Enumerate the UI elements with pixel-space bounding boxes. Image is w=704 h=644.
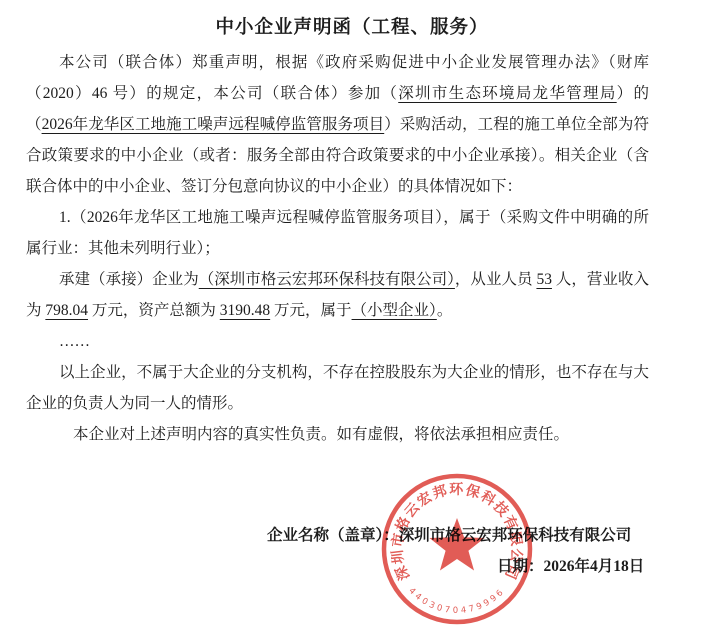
text-run: 承建（承接）企业为 xyxy=(59,271,199,288)
company-seal: 深圳市格云宏邦环保科技有限公司 4403070479996 xyxy=(377,469,537,629)
item-1-paragraph: 1.（2026年龙华区工地施工噪声远程喊停监管服务项目），属于（采购文件中明确的… xyxy=(26,202,649,264)
underlined-value: 3190.48 xyxy=(220,302,270,319)
underlined-value: 深圳市生态环境局龙华管理局 xyxy=(398,85,616,102)
ellipsis-paragraph: …… xyxy=(26,326,649,357)
underlined-value: （小型企业） xyxy=(352,302,437,319)
text-run: …… xyxy=(59,333,90,350)
underlined-value: 2026年龙华区工地施工噪声远程喊停监管服务项目 xyxy=(42,116,385,133)
seal-ring xyxy=(384,476,530,622)
text-run: 以上企业，不属于大企业的分支机构，不存在控股股东为大企业的情形，也不存在与大企业… xyxy=(26,364,649,412)
svg-text:4403070479996: 4403070479996 xyxy=(406,586,507,616)
signature-company-line: 企业名称（盖章）：深圳市格云宏邦环保科技有限公司 xyxy=(267,523,631,545)
text-run: 。 xyxy=(437,302,453,319)
no-large-enterprise-paragraph: 以上企业，不属于大企业的分支机构，不存在控股股东为大企业的情形，也不存在与大企业… xyxy=(26,357,649,419)
company-name-value: 深圳市格云宏邦环保科技有限公司 xyxy=(399,527,632,544)
signature-date-line: 日期：2026年4月18日 xyxy=(497,554,644,576)
text-run: 万元，属于 xyxy=(270,302,351,319)
seal-serial-number: 4403070479996 xyxy=(406,586,507,616)
date-value: 2026年4月18日 xyxy=(544,558,645,575)
date-label: 日期： xyxy=(497,558,544,575)
text-run: 本企业对上述声明内容的真实性负责。如有虚假，将依法承担相应责任。 xyxy=(73,426,569,443)
text-run: 1.（2026年龙华区工地施工噪声远程喊停监管服务项目），属于（采购文件中明确的… xyxy=(26,209,649,257)
intro-paragraph: 本公司（联合体）郑重声明，根据《政府采购促进中小企业发展管理办法》（财库（202… xyxy=(26,47,649,202)
contractor-paragraph: 承建（承接）企业为（深圳市格云宏邦环保科技有限公司），从业人员 53 人，营业收… xyxy=(26,264,649,326)
responsibility-paragraph: 本企业对上述声明内容的真实性负责。如有虚假，将依法承担相应责任。 xyxy=(26,419,649,450)
company-seal-label: 企业名称（盖章）： xyxy=(267,527,399,544)
document-body: 本公司（联合体）郑重声明，根据《政府采购促进中小企业发展管理办法》（财库（202… xyxy=(26,47,649,450)
document-title: 中小企业声明函（工程、服务） xyxy=(0,13,704,39)
declaration-document-page: 中小企业声明函（工程、服务） 本公司（联合体）郑重声明，根据《政府采购促进中小企… xyxy=(0,0,704,644)
text-run: ，从业人员 xyxy=(455,271,537,288)
underlined-value: 53 xyxy=(536,271,552,288)
text-run: 万元，资产总额为 xyxy=(88,302,220,319)
underlined-value: 798.04 xyxy=(45,302,88,319)
underlined-value: （深圳市格云宏邦环保科技有限公司） xyxy=(199,271,455,288)
